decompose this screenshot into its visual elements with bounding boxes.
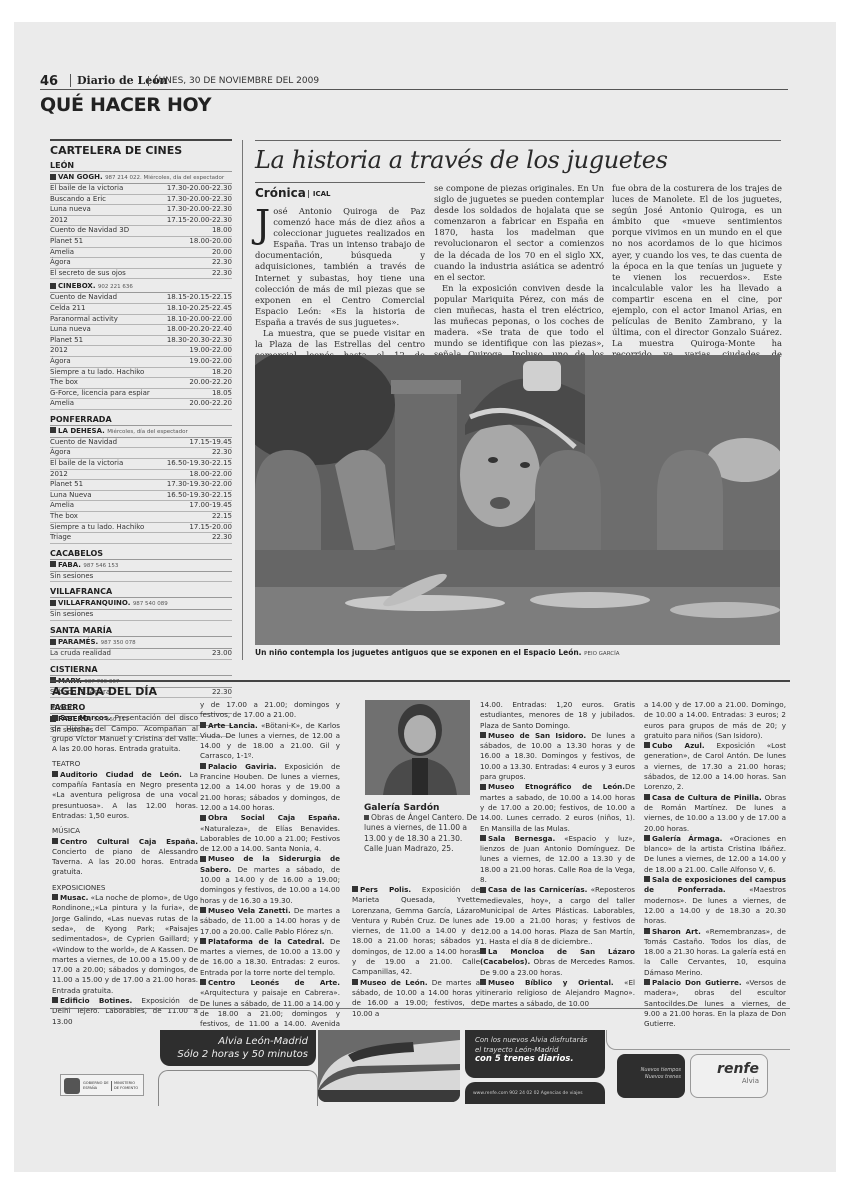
article-source: ICAL <box>308 190 331 198</box>
entry-text: «Naturaleza», de Elías Benavides. Labora… <box>200 824 340 854</box>
showtime-row: 201217.15-20.00-22.30 <box>50 216 232 227</box>
section-title: QUÉ HACER HOY <box>40 94 211 116</box>
cinema-heading: VILLAFRANQUINO. 987 540 089 <box>50 598 232 610</box>
agenda-column-2: y de 17.00 a 21.00; domingos y festivos,… <box>200 700 340 1040</box>
square-bullet-icon <box>50 427 56 433</box>
agenda-column-3: Pers Polis. Exposición de Marieta Quesad… <box>352 885 480 1019</box>
agenda-entry: Museo Vela Zanetti. De martes a sábado, … <box>200 906 340 937</box>
cinema-heading: CINEBOX. 902 221 636 <box>50 281 232 293</box>
agenda-entry: San Marcos. Presentación del disco de Hi… <box>52 713 198 754</box>
square-bullet-icon <box>644 742 650 748</box>
agenda-entry: Arte Lancia. «Bötani-K», de Karlos Viuda… <box>200 721 340 762</box>
movie-times: 16.50-19.30-22.15 <box>167 459 232 469</box>
article-rule <box>255 140 781 141</box>
movie-title: Planet 51 <box>50 237 83 247</box>
square-bullet-icon <box>52 997 58 1003</box>
featured-gallery-photo <box>365 700 470 795</box>
showtime-row: Luna nueva17.30-20.00-22.30 <box>50 205 232 216</box>
agenda-entry: Cubo Azul. Exposición «Lost generation»,… <box>644 741 786 792</box>
movie-times: 18.05 <box>212 389 232 399</box>
movie-title: Ágora <box>50 258 71 268</box>
agenda-title: AGENDA DEL DÍA <box>52 685 157 698</box>
movie-times: 17.15-19.45 <box>189 438 232 448</box>
gallery-description: Obras de Ángel Cantero. De lunes a viern… <box>364 813 477 853</box>
movie-times: 18.00-20.20-22.40 <box>167 325 232 335</box>
showtime-row: Buscando a Eric17.30-20.00-22.30 <box>50 195 232 206</box>
train-icon <box>318 1030 460 1102</box>
entry-text: «Reposteros medievales, hoy», a cargo de… <box>480 885 635 945</box>
movie-times: 22.15 <box>212 512 232 522</box>
page-number: 46 <box>40 74 58 89</box>
agenda-entry: Museo de León. De martes a sábado, de 10… <box>352 978 480 1019</box>
train-image <box>318 1030 460 1102</box>
square-bullet-icon <box>52 771 58 777</box>
movie-title: Ágora <box>50 357 71 367</box>
square-bullet-icon <box>200 856 206 862</box>
showtime-list: Cuento de Navidad17.15-19.45Ágora22.30El… <box>50 438 232 544</box>
renfe-logo: renfe Alvia <box>690 1054 768 1098</box>
square-bullet-icon <box>50 174 56 180</box>
showtime-row: Ágora19.00-22.00 <box>50 357 232 368</box>
column-divider <box>242 140 243 660</box>
venue-name: Centro Cultural Caja España. <box>60 837 198 846</box>
square-bullet-icon <box>50 639 56 645</box>
showtime-row: Amelia20.00-22.20 <box>50 399 232 410</box>
movie-title: Amelia <box>50 501 74 511</box>
agenda-entry: Pers Polis. Exposición de Marieta Quesad… <box>352 885 480 978</box>
venue-name: Museo Vela Zanetti. <box>208 906 291 915</box>
entry-text: Exposición de Marieta Quesada, Yvette Lo… <box>352 885 480 976</box>
square-bullet-icon <box>480 979 486 985</box>
movie-title: Luna nueva <box>50 205 91 215</box>
movie-times: 16.50-19.30-22.15 <box>167 491 232 501</box>
venue-name: Museo Etnográfico de León. <box>488 782 625 791</box>
movie-title: 2012 <box>50 470 68 480</box>
showtime-row: 201219.00-22.00 <box>50 346 232 357</box>
movie-times: 22.30 <box>212 269 232 279</box>
showtime-list: El baile de la victoria17.30-20.00-22.30… <box>50 184 232 279</box>
showtime-row: Luna nueva18.00-20.20-22.40 <box>50 325 232 336</box>
showtime-row: Triage22.30 <box>50 533 232 544</box>
movie-times: 17.15-20.00-22.30 <box>167 216 232 226</box>
movie-times: 18.10-20.25-22.45 <box>167 304 232 314</box>
article-title: La historia a través de los juguetes <box>255 146 668 174</box>
movie-times: 18.20 <box>212 368 232 378</box>
square-bullet-icon <box>644 876 650 882</box>
movie-times: 18.00-20.00 <box>189 237 232 247</box>
showtime-row: Luna Nueva16.50-19.30-22.15 <box>50 491 232 502</box>
venue-name: Obra Social Caja España. <box>208 813 340 822</box>
government-logo: GOBIERNO DE ESPAÑA MINISTERIO DE FOMENTO <box>60 1074 144 1096</box>
agenda-entry: Museo Bíblico y Oriental. «El itinerario… <box>480 978 635 1009</box>
movie-times: 17.00-19.45 <box>189 501 232 511</box>
movie-times: 22.30 <box>212 688 232 698</box>
ad-frame-line <box>158 1070 318 1106</box>
movie-title: Planet 51 <box>50 336 83 346</box>
movie-times: 22.30 <box>212 258 232 268</box>
photo-credit: PEIO GARCÍA <box>584 651 619 657</box>
movie-title: Amelia <box>50 399 74 409</box>
movie-times: 20.00-22.20 <box>189 399 232 409</box>
renfe-advertisement[interactable]: GOBIERNO DE ESPAÑA MINISTERIO DE FOMENTO… <box>50 1030 790 1105</box>
showtime-row: The box22.15 <box>50 512 232 523</box>
venue-name: Sala Bernesga. <box>488 834 555 843</box>
agenda-entry: Auditorio Ciudad de León. La compañía Fa… <box>52 770 198 821</box>
article-column-2: se compone de piezas originales. En Un s… <box>434 183 604 372</box>
square-bullet-icon <box>480 835 486 841</box>
movie-title: Cuento de Navidad <box>50 438 117 448</box>
showtime-row: Sin sesiones <box>50 610 232 621</box>
venue-name: Pers Polis. <box>360 885 411 894</box>
agenda-column-1: DISCOSan Marcos. Presentación del disco … <box>52 703 198 1027</box>
article-photo <box>255 355 780 645</box>
ad-contact: www.renfe.com 902 24 02 02 Agencias de v… <box>465 1082 605 1104</box>
agenda-entry: a 14.00 y de 17.00 a 21.00. Domingo, de … <box>644 700 786 741</box>
movie-times: 22.30 <box>212 448 232 458</box>
movie-title: Cuento de Navidad <box>50 293 117 303</box>
square-bullet-icon <box>200 979 206 985</box>
showtime-row: The box20.00-22.20 <box>50 378 232 389</box>
city-heading: PONFERRADA <box>50 415 232 426</box>
photo-caption: Un niño contempla los juguetes antiguos … <box>255 648 619 657</box>
showtime-row: Planet 5117.30-19.30-22.00 <box>50 480 232 491</box>
city-heading: CACABELOS <box>50 549 232 560</box>
ad-body: Con los nuevos Alvia disfrutarás el tray… <box>465 1030 605 1078</box>
venue-name: Museo Bíblico y Oriental. <box>488 978 614 987</box>
agenda-entry: Sala Bernesga. «Espacio y luz», lienzos … <box>480 834 635 885</box>
agenda-column-4: 14.00. Entradas: 1,20 euros. Gratis estu… <box>480 700 635 1009</box>
showtime-row: Cuento de Navidad17.15-19.45 <box>50 438 232 449</box>
venue-name: Sharon Art. <box>652 927 701 936</box>
venue-name: Centro Leonés de Arte. <box>208 978 340 987</box>
movie-times: 17.30-20.00-22.30 <box>167 184 232 194</box>
city-heading: LEÓN <box>50 161 232 172</box>
square-bullet-icon <box>364 815 369 820</box>
showtime-list: Cuento de Navidad18.15-20.15-22.15Celda … <box>50 293 232 410</box>
dateline: LUNES, 30 DE NOVIEMBRE DEL 2009 <box>148 76 319 86</box>
agenda-category: TEATRO <box>52 759 198 769</box>
movie-title: 2012 <box>50 216 68 226</box>
movie-times: 19.00-22.00 <box>189 357 232 367</box>
showtime-row: Amelia20.00 <box>50 248 232 259</box>
movie-times: 22.30 <box>212 533 232 543</box>
square-bullet-icon <box>480 948 486 954</box>
movie-title: Celda 211 <box>50 304 85 314</box>
showtime-row: Cuento de Navidad18.15-20.15-22.15 <box>50 293 232 304</box>
movie-times: 23.00 <box>212 649 232 659</box>
agenda-entry: Obra Social Caja España. «Naturaleza», d… <box>200 813 340 854</box>
movie-times: 17.30-20.00-22.30 <box>167 205 232 215</box>
agenda-entry: Sharon Art. «Remembranzas», de Tomás Cas… <box>644 927 786 978</box>
city-heading: VILLAFRANCA <box>50 587 232 598</box>
movie-title: Siempre a tu lado. Hachiko <box>50 523 144 533</box>
agenda-entry: y de 17.00 a 21.00; domingos y festivos,… <box>200 700 340 721</box>
square-bullet-icon <box>480 887 486 893</box>
movie-title: Sin sesiones <box>50 610 93 620</box>
movie-times: 19.00-22.00 <box>189 346 232 356</box>
article-column-3: fue obra de la costurera de los trajes d… <box>612 183 782 372</box>
agenda-entry: Centro Cultural Caja España. Concierto d… <box>52 837 198 878</box>
square-bullet-icon <box>200 722 206 728</box>
venue-name: Palacio Don Gutierre. <box>652 978 742 987</box>
movie-title: Cuento de Navidad 3D <box>50 226 129 236</box>
showtime-row: El baile de la victoria16.50-19.30-22.15 <box>50 459 232 470</box>
square-bullet-icon <box>644 928 650 934</box>
movie-title: Amelia <box>50 248 74 258</box>
agenda-entry: Casa de las Carnicerías. «Reposteros med… <box>480 885 635 947</box>
drop-cap: J <box>255 207 270 241</box>
square-bullet-icon <box>480 732 486 738</box>
venue-name: Museo de San Isidoro. <box>488 731 586 740</box>
cinema-heading: LA DEHESA. Miércoles, día del espectador <box>50 426 232 438</box>
venue-name: Museo de León. <box>360 978 428 987</box>
entry-text: 14.00. Entradas: 1,20 euros. Gratis estu… <box>480 700 635 730</box>
showtime-row: Siempre a tu lado. Hachiko18.20 <box>50 368 232 379</box>
showtime-row: G-Force, licencia para espiar18.05 <box>50 389 232 400</box>
cinema-heading: FABA. 987 546 153 <box>50 560 232 572</box>
coat-of-arms-icon <box>64 1078 80 1094</box>
portrait-photo-icon <box>365 700 470 795</box>
movie-title: The box <box>50 378 78 388</box>
square-bullet-icon <box>200 907 206 913</box>
venue-name: Casa de Cultura de Pinilla. <box>652 793 762 802</box>
showtime-row: La cruda realidad23.00 <box>50 649 232 660</box>
movie-times: 18.10-20.00-22.00 <box>167 315 232 325</box>
movie-times: 18.00-22.00 <box>189 470 232 480</box>
movie-title: 2012 <box>50 346 68 356</box>
square-bullet-icon <box>200 763 206 769</box>
cinema-heading: VAN GOGH. 987 214 022. Miércoles, día de… <box>50 172 232 184</box>
movie-title: El baile de la victoria <box>50 184 123 194</box>
square-bullet-icon <box>200 938 206 944</box>
gallery-name: Galería Sardón <box>364 803 479 813</box>
movie-title: Sin sesiones <box>50 572 93 582</box>
movie-title: Siempre a tu lado. Hachiko <box>50 368 144 378</box>
agenda-entry: 14.00. Entradas: 1,20 euros. Gratis estu… <box>480 700 635 731</box>
movie-title: Luna nueva <box>50 325 91 335</box>
town-block: VILLAFRANCAVILLAFRANQUINO. 987 540 089Si… <box>50 587 232 621</box>
venue-name: San Marcos. <box>60 713 111 722</box>
city-heading: SANTA MARÍA <box>50 626 232 637</box>
cinema-heading: PARAMÉS. 987 350 078 <box>50 637 232 649</box>
movie-title: El secreto de sus ojos <box>50 269 126 279</box>
square-bullet-icon <box>352 979 358 985</box>
entry-text: «La noche de plomo», de Ugo Rondinone,;«… <box>52 893 198 995</box>
agenda-entry: Palacio Don Gutierre. «Versos de madera»… <box>644 978 786 1029</box>
showtime-row: Amelia17.00-19.45 <box>50 501 232 512</box>
venue-name: Cubo Azul. <box>652 741 705 750</box>
child-with-toys-photo-icon <box>255 355 780 645</box>
entry-text: Concierto de piano de Alessandro Taverna… <box>52 847 198 877</box>
square-bullet-icon <box>200 815 206 821</box>
movie-title: Triage <box>50 533 71 543</box>
movie-title: Ágora <box>50 448 71 458</box>
agenda-entry: Museo de San Isidoro. De lunes a sábados… <box>480 731 635 782</box>
venue-name: Plataforma de la Catedral. <box>208 937 325 946</box>
article-kicker: CrónicaICAL <box>255 186 330 200</box>
square-bullet-icon <box>52 715 58 721</box>
agenda-entry: Edificio Botines. Exposición de Delhi Te… <box>52 996 198 1027</box>
showtime-row: Planet 5118.30-20.30-22.30 <box>50 336 232 347</box>
square-bullet-icon <box>50 283 56 289</box>
showtime-row: Celda 21118.10-20.25-22.45 <box>50 304 232 315</box>
agenda-entry: Museo Etnográfico de León.De martes a sa… <box>480 782 635 833</box>
movie-title: Paranormal activity <box>50 315 118 325</box>
showtime-row: Ágora22.30 <box>50 448 232 459</box>
showtime-row: Sin sesiones <box>50 572 232 583</box>
agenda-entry: Plataforma de la Catedral. De martes a v… <box>200 937 340 978</box>
showtime-row: Siempre a tu lado. Hachiko17.15-20.00 <box>50 523 232 534</box>
square-bullet-icon <box>52 894 58 900</box>
header-rule <box>40 89 788 90</box>
venue-name: Arte Lancia. <box>208 721 258 730</box>
movie-title: The box <box>50 512 78 522</box>
showtime-row: Cuento de Navidad 3D18.00 <box>50 226 232 237</box>
square-bullet-icon <box>52 838 58 844</box>
agenda-column-5: a 14.00 y de 17.00 a 21.00. Domingo, de … <box>644 700 786 1030</box>
movie-title: G-Force, licencia para espiar <box>50 389 150 399</box>
agenda-rule <box>50 680 790 682</box>
movie-times: 17.15-20.00 <box>189 523 232 533</box>
venue-name: Galería Ármaga. <box>652 834 722 843</box>
square-bullet-icon <box>644 835 650 841</box>
venue-name: Casa de las Carnicerías. <box>488 885 587 894</box>
movie-title: Luna Nueva <box>50 491 92 501</box>
showtime-row: Planet 5118.00-20.00 <box>50 237 232 248</box>
entry-text: a 14.00 y de 17.00 a 21.00. Domingo, de … <box>644 700 786 740</box>
square-bullet-icon <box>644 979 650 985</box>
town-block: CACABELOSFABA. 987 546 153Sin sesiones <box>50 549 232 583</box>
agenda-category: EXPOSICIONES <box>52 883 198 893</box>
agenda-entry: Galería Ármaga. «Oraciones en blanco» de… <box>644 834 786 875</box>
movie-times: 17.30-19.30-22.00 <box>167 480 232 490</box>
venue-name: Auditorio Ciudad de León. <box>60 770 182 779</box>
agenda-entry: Sala de exposiciones del campus de Ponfe… <box>644 875 786 926</box>
square-bullet-icon <box>50 561 56 567</box>
featured-gallery: Galería Sardón Obras de Ángel Cantero. D… <box>364 803 479 855</box>
movie-times: 18.30-20.30-22.30 <box>167 336 232 346</box>
article-column-1: José Antonio Quiroga de Paz comenzó hace… <box>255 206 425 372</box>
ad-slogan: Nuevos tiempos Nuevos trenes <box>617 1054 685 1098</box>
movie-times: 20.00-22.20 <box>189 378 232 388</box>
town-block: SANTA MARÍAPARAMÉS. 987 350 078La cruda … <box>50 626 232 660</box>
cartelera-rule <box>50 139 232 141</box>
agenda-category: DISCO <box>52 703 198 713</box>
agenda-category: MÚSICA <box>52 826 198 836</box>
movie-title: El baile de la victoria <box>50 459 123 469</box>
movie-times: 20.00 <box>212 248 232 258</box>
agenda-entry: Casa de Cultura de Pinilla. Obras de Rom… <box>644 793 786 834</box>
entry-text: y de 17.00 a 21.00; domingos y festivos,… <box>200 700 340 719</box>
square-bullet-icon <box>352 886 358 892</box>
agenda-entry: Palacio Gaviria. Exposición de Francine … <box>200 762 340 813</box>
venue-name: Musac. <box>60 893 88 902</box>
square-bullet-icon <box>480 784 486 790</box>
kicker-rule <box>255 182 425 183</box>
square-bullet-icon <box>50 600 56 606</box>
showtime-row: El secreto de sus ojos22.30 <box>50 269 232 280</box>
showtime-row: Ágora22.30 <box>50 258 232 269</box>
agenda-entry: La Moncloa de San Lázaro (Cacabelos). Ob… <box>480 947 635 978</box>
movie-title: Buscando a Eric <box>50 195 106 205</box>
movie-times: 17.30-20.00-22.30 <box>167 195 232 205</box>
movie-times: 18.15-20.15-22.15 <box>167 293 232 303</box>
movie-times: 18.00 <box>212 226 232 236</box>
venue-name: Edificio Botines. <box>60 996 132 1005</box>
square-bullet-icon <box>644 794 650 800</box>
venue-name: Palacio Gaviria. <box>208 762 277 771</box>
movie-title: La cruda realidad <box>50 649 111 659</box>
ad-frame-line <box>606 1030 790 1050</box>
city-heading: CISTIERNA <box>50 665 232 676</box>
showtime-row: El baile de la victoria17.30-20.00-22.30 <box>50 184 232 195</box>
cartelera-title: CARTELERA DE CINES <box>50 144 232 157</box>
showtime-row: Paranormal activity18.10-20.00-22.00 <box>50 315 232 326</box>
cartelera-de-cines: CARTELERA DE CINES LEÓN VAN GOGH. 987 21… <box>50 139 232 737</box>
ad-headline: Alvia León-Madrid Sólo 2 horas y 50 minu… <box>160 1030 316 1066</box>
movie-title: Planet 51 <box>50 480 83 490</box>
agenda-bottom-rule <box>50 1008 790 1009</box>
showtime-row: 201218.00-22.00 <box>50 470 232 481</box>
agenda-entry: Museo de la Siderurgia de Sabero. De mar… <box>200 854 340 905</box>
agenda-entry: Musac. «La noche de plomo», de Ugo Rondi… <box>52 893 198 996</box>
